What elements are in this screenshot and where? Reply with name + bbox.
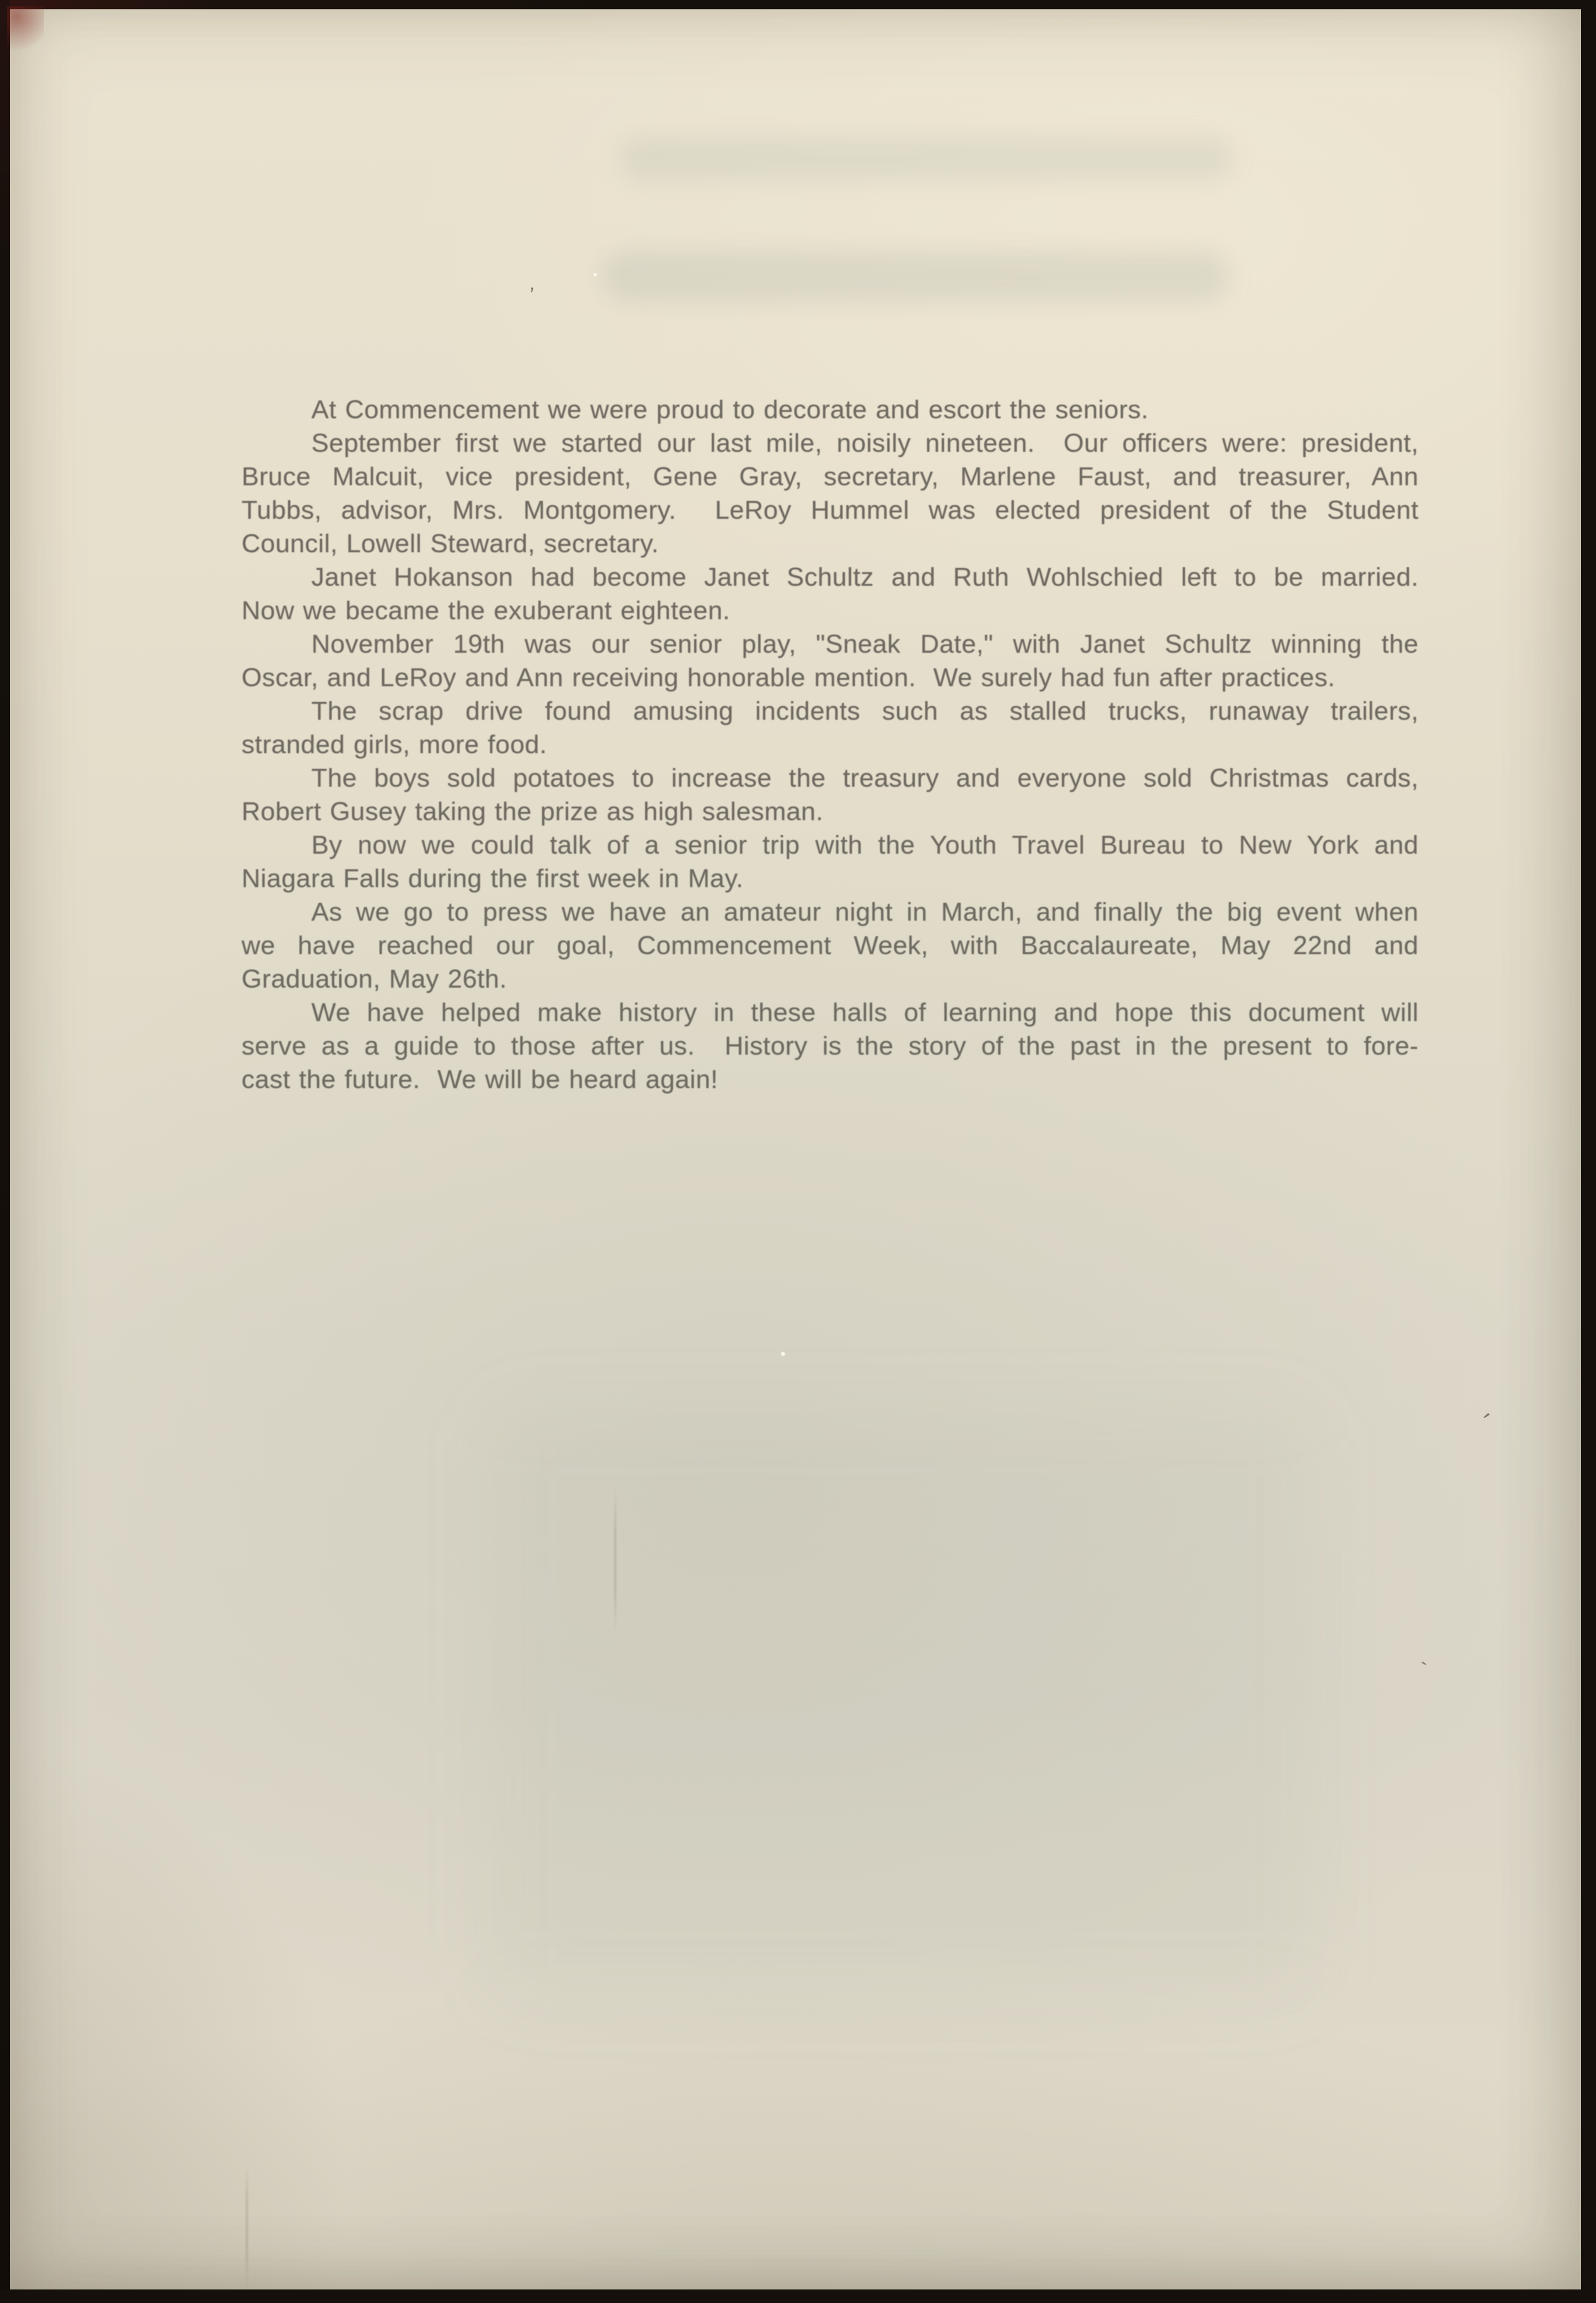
paragraph: Janet Hokanson had become Janet Schultz … xyxy=(242,560,1419,627)
text-line: serve as a guide to those after us. Hist… xyxy=(242,1029,1419,1062)
bleedthrough-smudge xyxy=(620,137,1233,181)
paper-crease xyxy=(246,2166,248,2291)
text-line: We have helped make history in these hal… xyxy=(242,995,1419,1029)
text-line: As we go to press we have an amateur nig… xyxy=(242,895,1419,928)
text-line: Bruce Malcuit, vice president, Gene Gray… xyxy=(242,460,1419,493)
paragraph: November 19th was our senior play, "Snea… xyxy=(242,627,1419,694)
text-line: At Commencement we were proud to decorat… xyxy=(242,393,1419,426)
paper-fleck xyxy=(594,273,597,276)
text-line: Janet Hokanson had become Janet Schultz … xyxy=(242,560,1419,594)
bleedthrough-smudge xyxy=(492,1411,1311,1995)
text-line: The scrap drive found amusing incidents … xyxy=(242,694,1419,728)
paragraph: September first we started our last mile… xyxy=(242,426,1419,560)
scan-corner-tint xyxy=(7,6,44,56)
text-line: September first we started our last mile… xyxy=(242,426,1419,460)
bleedthrough-smudge xyxy=(602,251,1229,302)
scanned-page: At Commencement we were proud to decorat… xyxy=(0,0,1596,2303)
scan-edge-right xyxy=(1581,0,1596,2303)
ink-speck: ` xyxy=(1420,1660,1431,1682)
paper-vignette xyxy=(0,0,1596,2303)
paragraph: The scrap drive found amusing incidents … xyxy=(242,694,1419,761)
paragraph: The boys sold potatoes to increase the t… xyxy=(242,761,1419,828)
paper-crease xyxy=(614,1489,616,1632)
paragraph: We have helped make history in these hal… xyxy=(242,995,1419,1096)
text-line: November 19th was our senior play, "Snea… xyxy=(242,627,1419,661)
text-line: Oscar, and LeRoy and Ann receiving honor… xyxy=(242,661,1419,694)
paragraph: By now we could talk of a senior trip wi… xyxy=(242,828,1419,895)
ink-speck: ’ xyxy=(527,285,535,307)
ink-speck: ′ xyxy=(1474,1410,1491,1429)
paragraph: As we go to press we have an amateur nig… xyxy=(242,895,1419,995)
text-line: By now we could talk of a senior trip wi… xyxy=(242,828,1419,861)
page-text: At Commencement we were proud to decorat… xyxy=(242,393,1419,1096)
text-line: Now we became the exuberant eighteen. xyxy=(242,594,1419,627)
text-line: cast the future. We will be heard again! xyxy=(242,1062,1419,1096)
paragraph: At Commencement we were proud to decorat… xyxy=(242,393,1419,426)
scan-edge-bottom xyxy=(0,2289,1596,2303)
text-line: Tubbs, advisor, Mrs. Montgomery. LeRoy H… xyxy=(242,493,1419,527)
text-line: Robert Gusey taking the prize as high sa… xyxy=(242,795,1419,828)
text-line: Graduation, May 26th. xyxy=(242,962,1419,995)
text-line: we have reached our goal, Commencement W… xyxy=(242,928,1419,962)
text-line: Niagara Falls during the first week in M… xyxy=(242,861,1419,895)
scan-edge-left xyxy=(0,0,10,2303)
text-line: stranded girls, more food. xyxy=(242,728,1419,761)
text-line: Council, Lowell Steward, secretary. xyxy=(242,527,1419,560)
paper-fleck xyxy=(781,1352,785,1356)
text-line: The boys sold potatoes to increase the t… xyxy=(242,761,1419,795)
scan-edge-top xyxy=(0,0,1596,9)
